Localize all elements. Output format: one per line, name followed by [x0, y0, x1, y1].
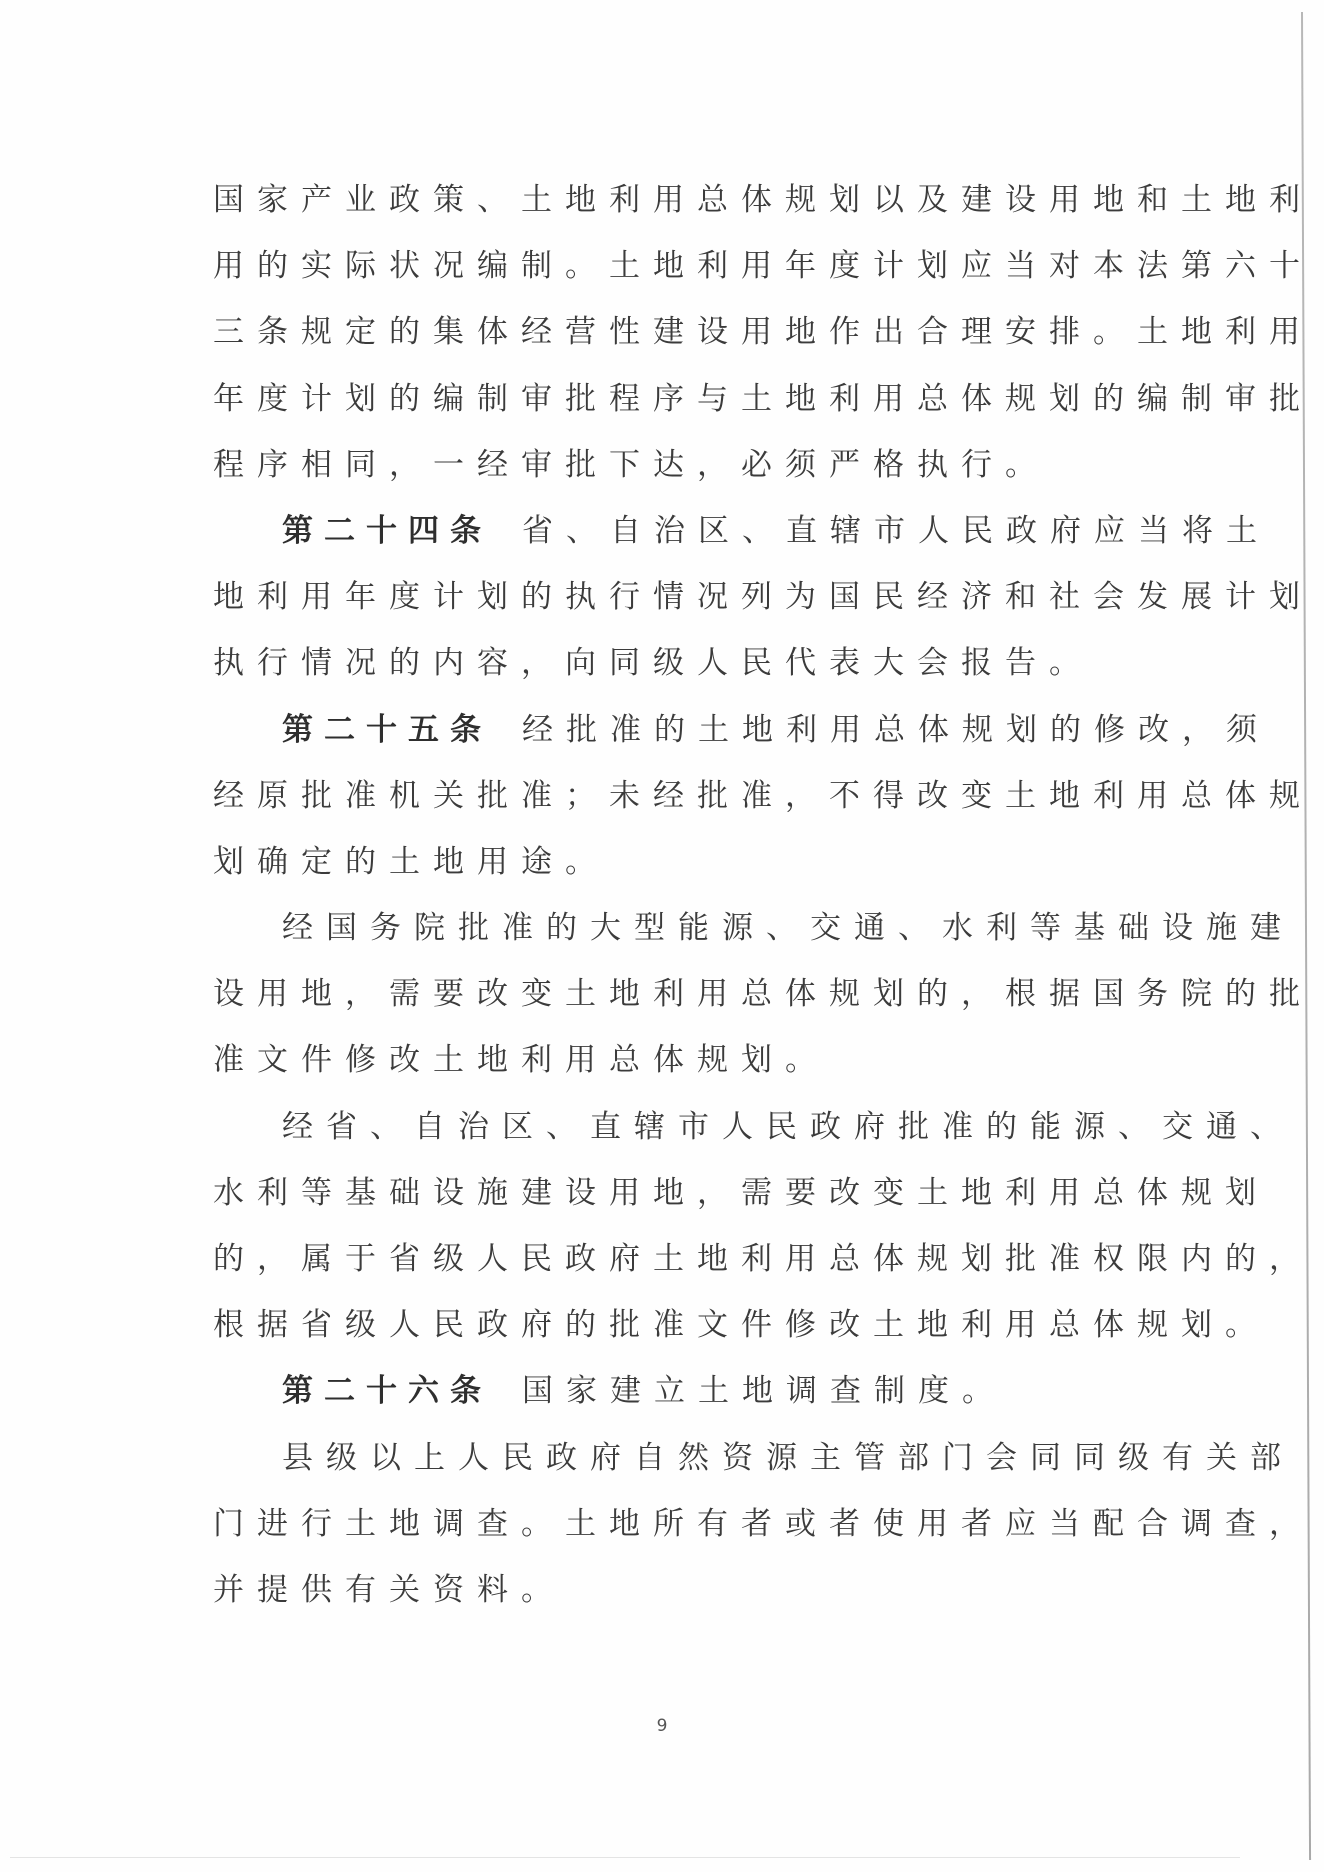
text-line: 经国务院批准的大型能源、交通、水利等基础设施建	[213, 895, 1097, 961]
text-line: 年度计划的编制审批程序与土地利用总体规划的编制审批	[213, 366, 1097, 432]
article-heading-26: 第二十六条	[282, 1373, 492, 1409]
text-line: 经省、自治区、直辖市人民政府批准的能源、交通、	[213, 1094, 1097, 1160]
text-line: 划确定的土地用途。	[213, 829, 1097, 895]
line-text: 省、自治区、直辖市人民政府应当将土	[522, 513, 1270, 549]
text-line: 水利等基础设施建设用地，需要改变土地利用总体规划	[213, 1160, 1097, 1226]
text-line: 的，属于省级人民政府土地利用总体规划批准权限内的，	[213, 1226, 1097, 1292]
article-heading-25: 第二十五条	[282, 712, 492, 748]
line-text: 国家建立土地调查制度。	[522, 1373, 1006, 1409]
article-25-line: 第二十五条经批准的土地利用总体规划的修改，须	[213, 697, 1097, 763]
line-text: 准文件修改土地利用总体规划。	[213, 1042, 829, 1078]
text-line: 国家产业政策、土地利用总体规划以及建设用地和土地利	[213, 167, 1097, 233]
line-text: 设用地，需要改变土地利用总体规划的，根据国务院的批	[213, 976, 1313, 1012]
text-line: 根据省级人民政府的批准文件修改土地利用总体规划。	[213, 1292, 1097, 1358]
page-body-text: 国家产业政策、土地利用总体规划以及建设用地和土地利 用的实际状况编制。土地利用年…	[213, 167, 1097, 1623]
line-text: 水利等基础设施建设用地，需要改变土地利用总体规划	[213, 1175, 1269, 1211]
text-line: 用的实际状况编制。土地利用年度计划应当对本法第六十	[213, 233, 1097, 299]
line-text: 执行情况的内容，向同级人民代表大会报告。	[213, 645, 1093, 681]
line-text: 年度计划的编制审批程序与土地利用总体规划的编制审批	[213, 381, 1313, 417]
text-line: 三条规定的集体经营性建设用地作出合理安排。土地利用	[213, 299, 1097, 365]
line-text: 根据省级人民政府的批准文件修改土地利用总体规划。	[213, 1307, 1269, 1343]
line-text: 经省、自治区、直辖市人民政府批准的能源、交通、	[282, 1109, 1294, 1145]
text-line: 设用地，需要改变土地利用总体规划的，根据国务院的批	[213, 961, 1097, 1027]
text-line: 门进行土地调查。土地所有者或者使用者应当配合调查，	[213, 1491, 1097, 1557]
line-text: 用的实际状况编制。土地利用年度计划应当对本法第六十	[213, 248, 1313, 284]
line-text: 划确定的土地用途。	[213, 844, 609, 880]
line-text: 经批准的土地利用总体规划的修改，须	[522, 712, 1270, 748]
line-text: 国家产业政策、土地利用总体规划以及建设用地和土地利	[213, 182, 1313, 218]
text-line: 县级以上人民政府自然资源主管部门会同同级有关部	[213, 1425, 1097, 1491]
line-text: 经国务院批准的大型能源、交通、水利等基础设施建	[282, 910, 1294, 946]
article-24-line: 第二十四条省、自治区、直辖市人民政府应当将土	[213, 498, 1097, 564]
text-line: 准文件修改土地利用总体规划。	[213, 1027, 1097, 1093]
text-line: 执行情况的内容，向同级人民代表大会报告。	[213, 630, 1097, 696]
line-text: 经原批准机关批准；未经批准，不得改变土地利用总体规	[213, 778, 1313, 814]
text-line: 并提供有关资料。	[213, 1557, 1097, 1623]
line-text: 门进行土地调查。土地所有者或者使用者应当配合调查，	[213, 1506, 1313, 1542]
line-text: 并提供有关资料。	[213, 1572, 565, 1608]
article-heading-24: 第二十四条	[282, 513, 492, 549]
page-number: 9	[652, 1716, 672, 1736]
text-line: 程序相同，一经审批下达，必须严格执行。	[213, 432, 1097, 498]
document-page: 国家产业政策、土地利用总体规划以及建设用地和土地利 用的实际状况编制。土地利用年…	[0, 0, 1324, 1872]
article-26-line: 第二十六条国家建立土地调查制度。	[213, 1358, 1097, 1424]
scan-edge-line-horizontal	[10, 1857, 1240, 1858]
text-line: 经原批准机关批准；未经批准，不得改变土地利用总体规	[213, 763, 1097, 829]
text-line: 地利用年度计划的执行情况列为国民经济和社会发展计划	[213, 564, 1097, 630]
line-text: 三条规定的集体经营性建设用地作出合理安排。土地利用	[213, 314, 1313, 350]
line-text: 程序相同，一经审批下达，必须严格执行。	[213, 447, 1049, 483]
line-text: 县级以上人民政府自然资源主管部门会同同级有关部	[282, 1440, 1294, 1476]
line-text: 的，属于省级人民政府土地利用总体规划批准权限内的，	[213, 1241, 1313, 1277]
scan-edge-line-vertical	[1301, 12, 1311, 1860]
line-text: 地利用年度计划的执行情况列为国民经济和社会发展计划	[213, 579, 1313, 615]
